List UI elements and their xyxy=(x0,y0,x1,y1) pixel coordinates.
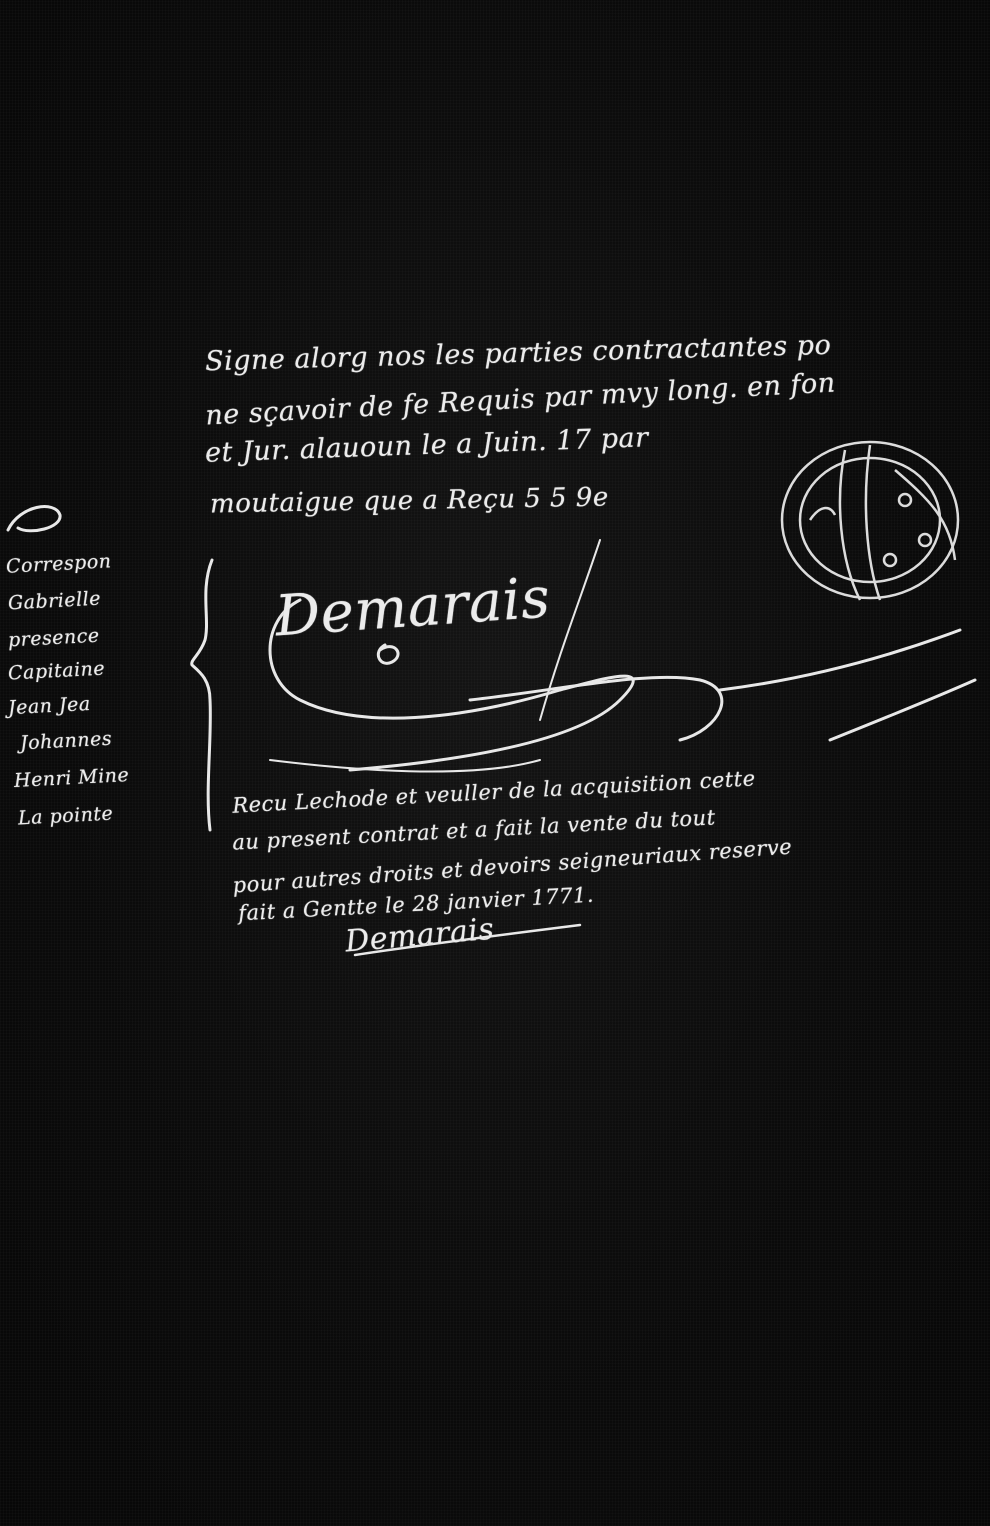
side-column-line: Jean Jea xyxy=(7,693,91,719)
seal-emblem xyxy=(782,442,958,600)
embroidery-flourishes xyxy=(0,0,990,1526)
